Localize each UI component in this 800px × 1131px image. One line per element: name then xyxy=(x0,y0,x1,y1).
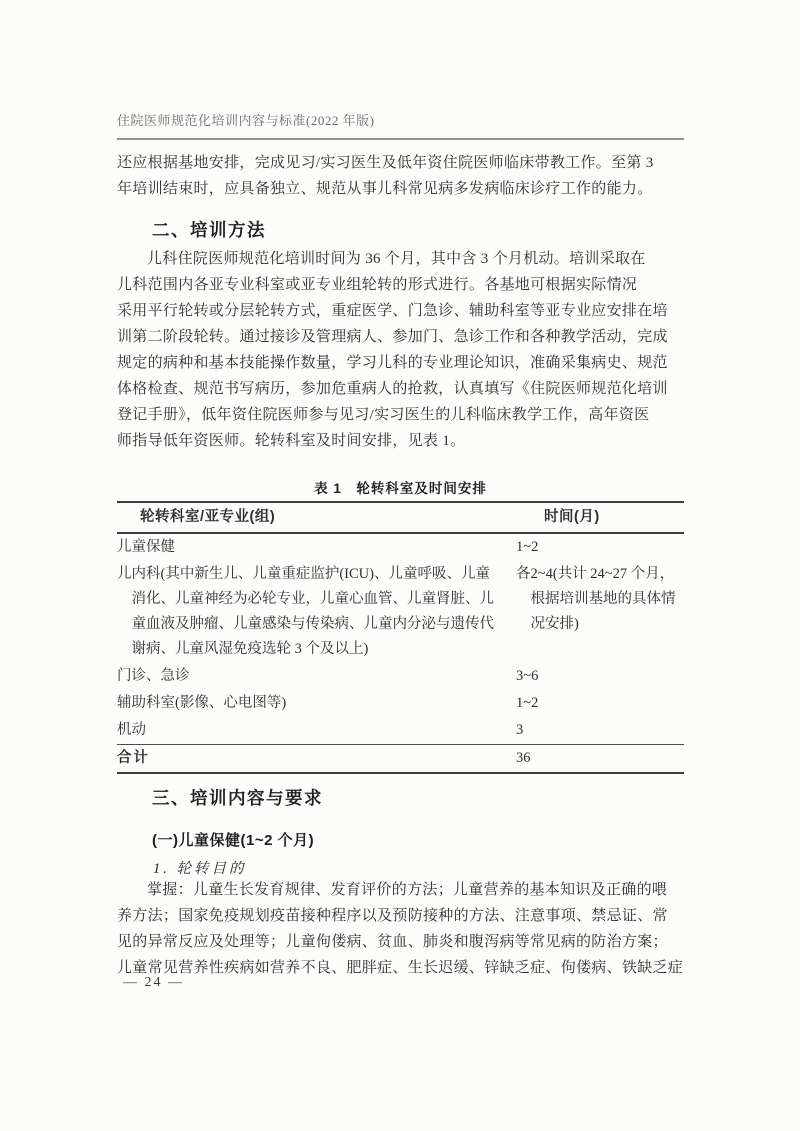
table-row: 门诊、急诊3~6 xyxy=(117,663,684,690)
text-line: 训第二阶段轮转。通过接诊及管理病人、参加门、急诊工作和各种教学活动，完成 xyxy=(117,324,695,350)
time-cell: 1~2 xyxy=(516,691,684,716)
table-header-time: 时间(月) xyxy=(516,505,684,530)
table-row: 辅助科室(影像、心电图等)1~2 xyxy=(117,690,684,717)
time-cell: 各2~4(共计 24~27 个月，根据培训基地的具体情况安排) xyxy=(516,562,684,662)
dept-cell: 门诊、急诊 xyxy=(117,664,516,689)
time-cell: 1~2 xyxy=(516,535,684,560)
text-line: 儿科住院医师规范化培训时间为 36 个月，其中含 3 个月机动。培训采取在 xyxy=(117,246,695,272)
table-row: 合计36 xyxy=(117,744,684,772)
section-title-method: 二、培训方法 xyxy=(152,217,266,242)
dept-cell: 儿内科(其中新生儿、儿童重症监护(ICU)、儿童呼吸、儿童消化、儿童神经为必轮专… xyxy=(117,562,516,662)
table-row: 儿内科(其中新生儿、儿童重症监护(ICU)、儿童呼吸、儿童消化、儿童神经为必轮专… xyxy=(117,561,684,663)
text-line: 儿童常见营养性疾病如营养不良、肥胖症、生长迟缓、锌缺乏症、佝偻病、铁缺乏症 xyxy=(117,955,695,981)
time-cell: 3 xyxy=(516,718,684,743)
table-header-row: 轮转科室/亚专业(组) 时间(月) xyxy=(117,503,684,534)
section-title-content: 三、培训内容与要求 xyxy=(152,785,323,810)
running-header: 住院医师规范化培训内容与标准(2022 年版) xyxy=(117,110,684,129)
method-paragraph: 儿科住院医师规范化培训时间为 36 个月，其中含 3 个月机动。培训采取在儿科范… xyxy=(117,246,695,454)
dept-cell: 合计 xyxy=(117,746,516,771)
text-line: 登记手册》，低年资住院医师参与见习/实习医生的儿科临床教学工作，高年资医 xyxy=(117,402,695,428)
text-line: 还应根据基地安排，完成见习/实习医生及低年资住院医师临床带教工作。至第 3 xyxy=(117,150,695,176)
text-line: 体格检查、规范书写病历，参加危重病人的抢救，认真填写《住院医师规范化培训 xyxy=(117,376,695,402)
dept-cell: 机动 xyxy=(117,718,516,743)
page-number: — 24 — xyxy=(123,975,184,991)
text-line: 儿科范围内各亚专业科室或亚专业组轮转的形式进行。各基地可根据实际情况 xyxy=(117,272,695,298)
document-page: 住院医师规范化培训内容与标准(2022 年版) 还应根据基地安排，完成见习/实习… xyxy=(0,0,800,1131)
text-line: 采用平行轮转或分层轮转方式，重症医学、门急诊、辅助科室等亚专业应安排在培 xyxy=(117,298,695,324)
dept-cell: 辅助科室(影像、心电图等) xyxy=(117,691,516,716)
table-row: 机动3 xyxy=(117,717,684,744)
table-header-dept: 轮转科室/亚专业(组) xyxy=(117,505,516,530)
time-cell: 3~6 xyxy=(516,664,684,689)
table-body: 儿童保健1~2儿内科(其中新生儿、儿童重症监护(ICU)、儿童呼吸、儿童消化、儿… xyxy=(117,534,684,772)
item-title-rotation-purpose: 1. 轮转目的 xyxy=(153,857,247,878)
table-caption: 表 1 轮转科室及时间安排 xyxy=(117,477,684,497)
text-line: 见的异常反应及处理等；儿童佝偻病、贫血、肺炎和腹泻病等常见病的防治方案； xyxy=(117,929,695,955)
master-paragraph: 掌握：儿童生长发育规律、发育评价的方法；儿童营养的基本知识及正确的喂养方法；国家… xyxy=(117,877,695,981)
header-rule xyxy=(117,138,684,140)
text-line: 师指导低年资医师。轮转科室及时间安排，见表 1。 xyxy=(117,428,695,454)
text-line: 规定的病种和基本技能操作数量，学习儿科的专业理论知识，准确采集病史、规范 xyxy=(117,350,695,376)
subsection-title: (一)儿童保健(1~2 个月) xyxy=(152,829,314,850)
dept-cell: 儿童保健 xyxy=(117,535,516,560)
table-row: 儿童保健1~2 xyxy=(117,534,684,561)
text-line: 年培训结束时，应具备独立、规范从事儿科常见病多发病临床诊疗工作的能力。 xyxy=(117,176,695,202)
rotation-table: 轮转科室/亚专业(组) 时间(月) 儿童保健1~2儿内科(其中新生儿、儿童重症监… xyxy=(117,501,684,774)
text-line: 养方法；国家免疫规划疫苗接种程序以及预防接种的方法、注意事项、禁忌证、常 xyxy=(117,903,695,929)
time-cell: 36 xyxy=(516,746,684,771)
intro-paragraph: 还应根据基地安排，完成见习/实习医生及低年资住院医师临床带教工作。至第 3年培训… xyxy=(117,150,695,202)
text-line: 掌握：儿童生长发育规律、发育评价的方法；儿童营养的基本知识及正确的喂 xyxy=(117,877,695,903)
